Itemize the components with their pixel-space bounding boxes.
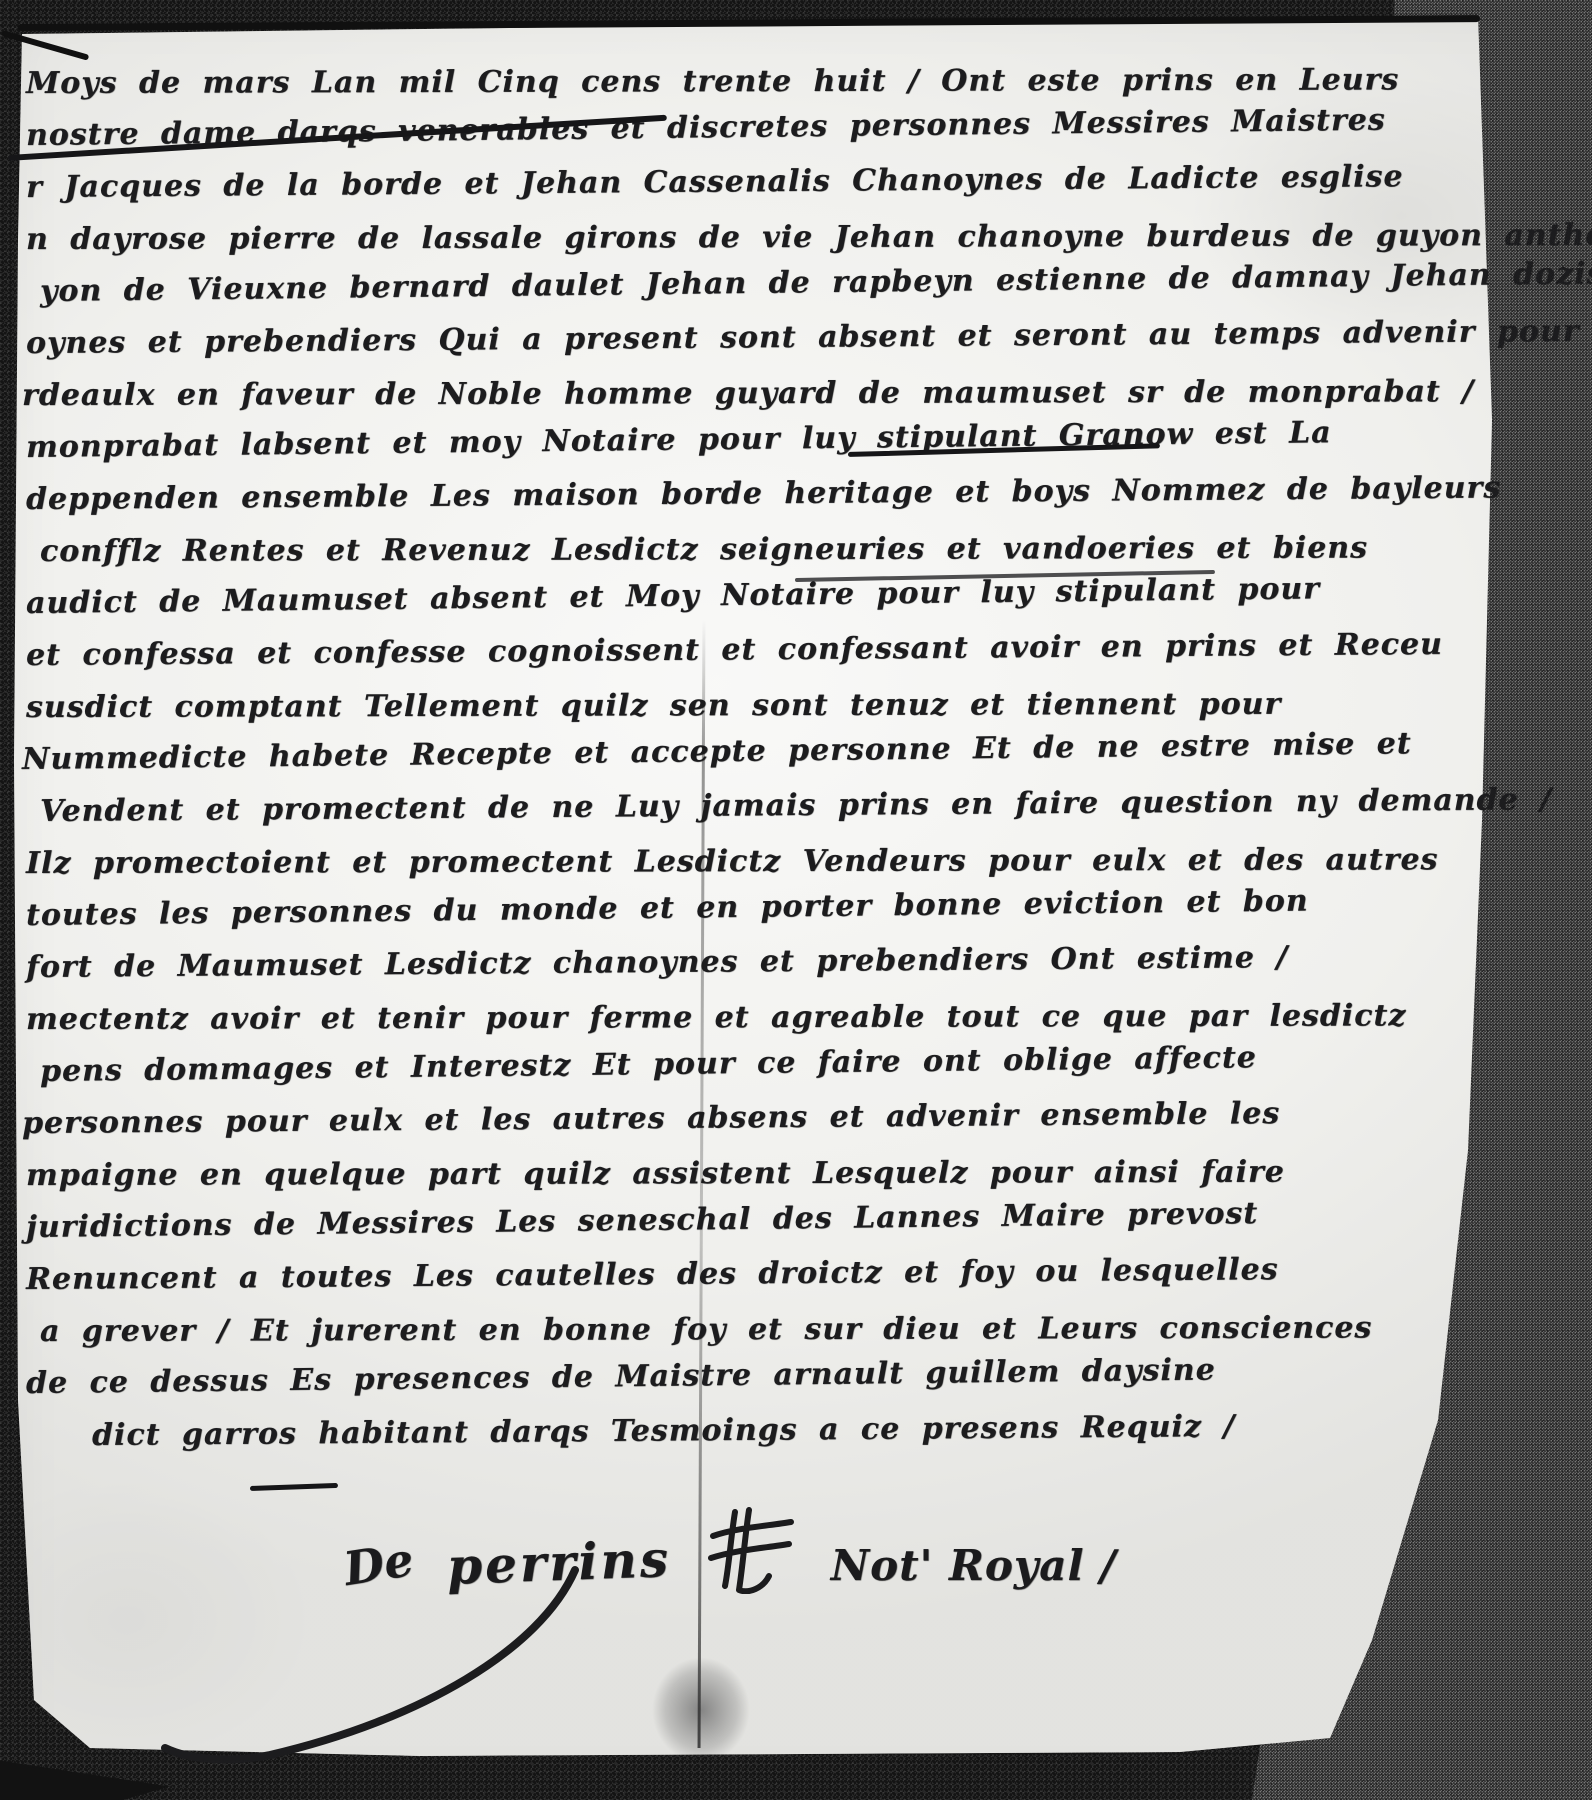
- manuscript-line: deppenden ensemble Les maison borde heri…: [26, 463, 1470, 526]
- signature-title: Not' Royal /: [831, 1541, 1117, 1590]
- manuscript-line: r Jacques de la borde et Jehan Cassenali…: [26, 151, 1470, 214]
- manuscript-line: dict garros habitant darqs Tesmoings a c…: [92, 1399, 1470, 1462]
- manuscript-text: Moys de mars Lan mil Cinq cens trente hu…: [26, 58, 1470, 1462]
- manuscript-line: et confessa et confesse cognoissent et c…: [26, 619, 1470, 682]
- notary-paraph-icon: [705, 1506, 797, 1599]
- manuscript-line: oynes et prebendiers Qui a present sont …: [26, 307, 1470, 370]
- manuscript-line: Vendent et promectent de ne Luy jamais p…: [40, 775, 1470, 838]
- signature-flourish: [120, 1560, 600, 1780]
- manuscript-line: fort de Maumuset Lesdictz chanoynes et p…: [26, 931, 1470, 994]
- manuscript-scan: Moys de mars Lan mil Cinq cens trente hu…: [0, 0, 1592, 1800]
- ink-smudge: [636, 1640, 766, 1780]
- manuscript-line: personnes pour eulx et les autres absens…: [22, 1087, 1470, 1150]
- manuscript-line: Renuncent a toutes Les cautelles des dro…: [26, 1243, 1470, 1306]
